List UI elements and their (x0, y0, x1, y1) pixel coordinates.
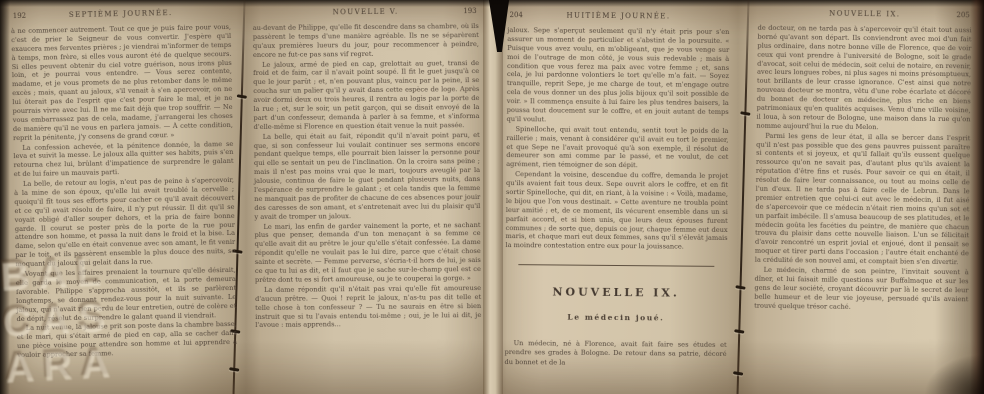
paragraph: de docteur, on ne tarda pas à s'apercevo… (756, 24, 971, 133)
book-page: NOUVELLE V. 193 au-devant de Philippe, q… (254, 6, 480, 392)
paragraph: Le mari, las enfin de garder vainement l… (254, 221, 481, 285)
page-body: jaloux. Sepe s'aperçut seulement qu'il n… (505, 26, 729, 252)
book-page: NOUVELLE IX. 205 de docteur, on ne tarda… (756, 8, 970, 392)
running-head-title: NOUVELLE IX. (829, 10, 900, 19)
page-body: de docteur, on ne tarda pas à s'apercevo… (754, 24, 971, 313)
paragraph: La belle, qui était au fait, répondit qu… (254, 131, 481, 222)
paragraph: La dame répondit qu'il n'était pas vrai … (255, 284, 481, 330)
page-number: 204 (509, 11, 522, 19)
section-subtitle: Le médecin joué. (505, 312, 727, 323)
page-number: 205 (956, 11, 969, 19)
paragraph: Cependant la voisine, descendue du coffr… (505, 170, 728, 252)
section-intro-paragraph: Un médecin, né à Florence, avait fait fa… (504, 339, 726, 369)
paragraph: Le jaloux, armé de pied en cap, grelotta… (253, 59, 480, 132)
embossed-stamp-line: BAL (0, 247, 114, 299)
section-title: NOUVELLE IX. (505, 285, 727, 300)
page-number: 192 (13, 12, 27, 20)
paragraph: à ne commencer autrement. Tout ce que je… (11, 23, 233, 143)
page-number: 193 (463, 7, 476, 15)
page-body: au-devant de Philippe, qu'elle fit desce… (253, 22, 482, 330)
paragraph: La confession achevée, et la pénitence d… (13, 139, 234, 179)
paragraph: Spinelloche, qui avait tout entendu, sen… (506, 125, 728, 171)
running-head: NOUVELLE V. 193 (253, 7, 479, 17)
embossed-stamp-line: CAS (1, 293, 117, 345)
photo-edge-shadow-right (970, 0, 984, 394)
running-head-title: HUITIÈME JOURNÉE. (567, 12, 671, 21)
photo-edge-shadow-top (0, 0, 984, 7)
running-head: 192 SEPTIÈME JOURNÉE. (11, 8, 231, 20)
section-divider (519, 264, 714, 267)
paragraph: Parmi les gens de leur état, il alla se … (755, 131, 971, 267)
paragraph: Le médecin, charmé de son peintre, l'inv… (754, 266, 969, 313)
open-book-photo: 192 SEPTIÈME JOURNÉE. à ne commencer aut… (0, 0, 984, 394)
embossed-stamp: BAL CAS ARA (0, 247, 119, 391)
page-fore-edge (483, 0, 503, 394)
running-head: 204 HUITIÈME JOURNÉE. (507, 11, 729, 21)
book-page: 204 HUITIÈME JOURNÉE. jaloux. Sepe s'ape… (506, 10, 728, 392)
running-head-title: NOUVELLE V. (333, 8, 399, 17)
running-head-title: SEPTIÈME JOURNÉE. (69, 9, 173, 19)
paragraph: jaloux. Sepe s'aperçut seulement qu'il n… (507, 26, 730, 126)
paragraph: au-devant de Philippe, qu'elle fit desce… (253, 22, 479, 60)
running-head: NOUVELLE IX. 205 (758, 9, 972, 20)
embossed-stamp-line: ARA (3, 339, 119, 391)
